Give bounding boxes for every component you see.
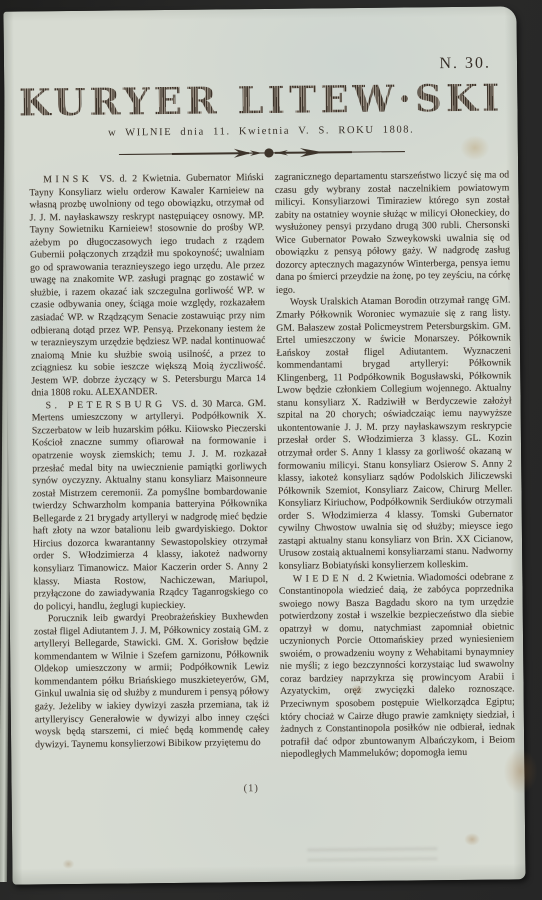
article-columns: MINSK VS. d. 2 Kwietnia. Gubernator Mińs…: [5, 169, 524, 764]
article-dateline-lead: S. PETERSBURG: [46, 399, 168, 411]
article-paragraph: zagranicznego departamentu starszeństwo …: [275, 169, 511, 297]
article-paragraph: S. PETERSBURG VS. d. 30 Marca. GM. Merte…: [32, 398, 269, 614]
ink-show-through: [307, 847, 437, 874]
article-paragraph: MINSK VS. d. 2 Kwietnia. Gubernator Mińs…: [29, 172, 266, 400]
paragraph-text: VS. d. 30 Marca. GM. Mertens umieszczony…: [32, 398, 268, 612]
masthead-dateline: w WILNIE dnia 11. Kwietnia V. S. ROKU 18…: [5, 123, 518, 139]
article-dateline-lead: MINSK: [43, 174, 94, 186]
paragraph-text: VS. d. 2 Kwietnia. Gubernator Miński Tay…: [29, 172, 266, 399]
paragraph-text: Woysk Uralskich Ataman Borodin otrzymał …: [276, 295, 513, 572]
column-right: zagranicznego departamentu starszeństwo …: [275, 169, 516, 761]
paragraph-text: zagranicznego departamentu starszeństwo …: [275, 169, 511, 295]
divider-ornament-icon: [116, 143, 406, 162]
masthead-title: KURYER LITEW·SKI: [4, 78, 517, 121]
article-paragraph: Woysk Uralskich Ataman Borodin otrzymał …: [276, 295, 513, 573]
masthead: KURYER LITEW·SKI w WILNIE dnia 11. Kwiet…: [4, 78, 518, 163]
paragraph-text: Porucznik leib gwardyi Preobrażeńskiey B…: [34, 611, 270, 750]
article-paragraph: Porucznik leib gwardyi Preobrażeńskiey B…: [34, 611, 270, 751]
column-left: MINSK VS. d. 2 Kwietnia. Gubernator Mińs…: [29, 172, 270, 764]
issue-number: N. 30.: [439, 55, 491, 74]
newspaper-page: N. 30. KURYER LITEW·SKI w WILNIE dnia 11…: [3, 6, 525, 884]
paper-stain: [62, 859, 74, 869]
scanned-newspaper: N. 30. KURYER LITEW·SKI w WILNIE dnia 11…: [0, 0, 542, 900]
signature-mark: (1): [244, 783, 259, 794]
paper-stain: [464, 833, 480, 846]
article-dateline-lead: WIEDEN: [293, 573, 355, 585]
article-paragraph: WIEDEN d. 2 Kwietnia. Wiadomości odebran…: [279, 571, 515, 762]
paragraph-text: d. 2 Kwietnia. Wiadomości odebrane z Con…: [279, 571, 515, 760]
